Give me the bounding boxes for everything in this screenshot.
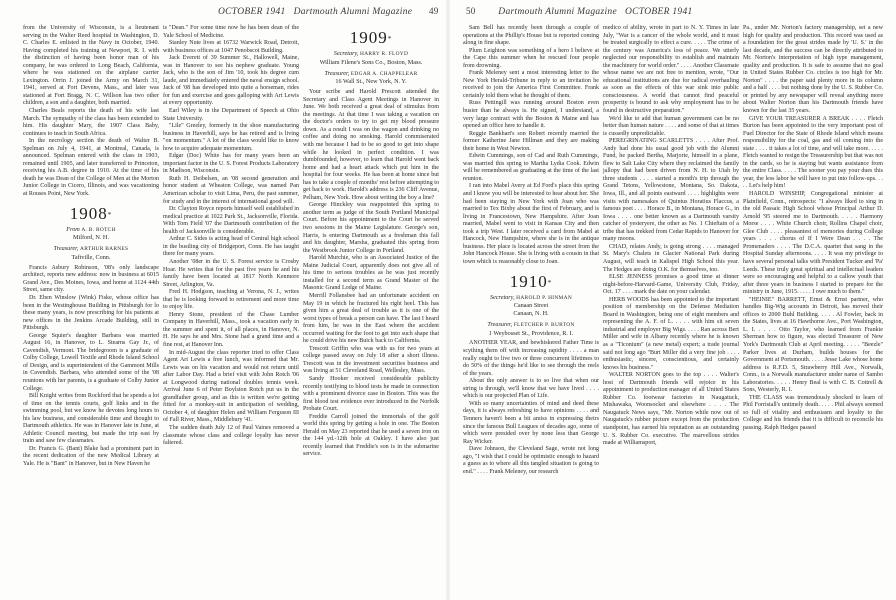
paragraph: Pa., under Mr. Norton's factory managers…	[743, 25, 883, 116]
paragraph: Charles Beals reports the death of his w…	[23, 108, 159, 138]
paragraph: I ran into Mabel Avery at Ed Ford's plac…	[463, 183, 599, 266]
paragraph: GIVE YOUR TREASURER A BREAK . . . . Flet…	[743, 116, 883, 191]
paragraph: PEREGRINATING SCARLETTS . . . . After Pr…	[603, 138, 739, 244]
paragraph: Arthur C. Sides is acting head of Centra…	[163, 236, 299, 259]
paragraph: ANOTHER YEAR, and bewhiskered Father Tim…	[463, 340, 599, 378]
running-head-left: OCTOBER 1941 Dartmouth Alumni Magazine 4…	[218, 6, 439, 17]
paragraph: Edwin Cummings, son of Cad and Ruth Cumm…	[463, 153, 599, 183]
class-year: 1908*	[23, 205, 159, 223]
paragraph: Dr. Clayton Royce reports himself well e…	[163, 206, 299, 236]
class-officer: Treasurer, EDGAR A. CHAPPELEAR 16 Wall S…	[303, 70, 439, 87]
paragraph: "HEINIE" BARRETT, Ernst & Ernst partner,…	[743, 297, 883, 395]
column-left-2: is "Dean." For some time now he has been…	[163, 25, 299, 448]
paragraph: Dave Johnson, the Cleveland Sage, wrote …	[463, 446, 599, 476]
page-number: 50	[466, 6, 476, 16]
paragraph: About the only answer is to so live that…	[463, 378, 599, 401]
class-year: 1909*	[303, 29, 439, 47]
column-right-3: Pa., under Mr. Norton's factory managers…	[743, 25, 883, 433]
paragraph: Jack Everett of 39 Summer St., Hallowell…	[163, 55, 299, 108]
paragraph: Merrill Follansbee had an unfortunate ac…	[303, 293, 439, 346]
paragraph: Another '08er in the U. S. Forest servic…	[163, 259, 299, 289]
paragraph: HERB WOODS has been appointed to the imp…	[603, 297, 739, 372]
paragraph: from the University of Wisconsin, is a l…	[23, 25, 159, 108]
paragraph: Sam Bell has recently been through a cou…	[463, 25, 599, 48]
paragraph: In mid-August the class reporter tried t…	[163, 350, 299, 425]
paragraph: HAROLD WINSHIP, Congregational minister …	[743, 191, 883, 297]
paragraph: WALTER NORTON goes to the top . . . . Wa…	[603, 372, 739, 447]
paragraph: Sandy Hooker received considerable publi…	[303, 376, 439, 414]
class-officer: Secretary, HAROLD P. HINMAN Canaan Stree…	[463, 294, 599, 318]
paragraph: "Lile" Greeley, formerly in the shoe man…	[163, 123, 299, 153]
paragraph: is "Dean." For some time now he has been…	[163, 25, 299, 40]
paragraph: medico of ability, wrote in part to N. Y…	[603, 25, 739, 116]
paragraph: CHAD, relates Andy, is going strong . . …	[603, 244, 739, 274]
class-officer: From A. B. ROTCH Milford, N. H.	[23, 226, 159, 243]
magazine-title: Dartmouth Alumni Magazine	[294, 7, 413, 17]
paragraph: Russ Pettingill was running around Bosto…	[463, 100, 599, 130]
paragraph: George Squier's daughter Barbara was mar…	[23, 333, 159, 393]
running-head-right: 50 Dartmouth Alumni Magazine OCTOBER 194…	[466, 6, 693, 17]
paragraph: The sudden death July 12 of Paul Vaines …	[163, 425, 299, 448]
class-officer: Secretary, HARRY R. FLOYD William Filene…	[303, 50, 439, 67]
magazine-title: Dartmouth Alumni Magazine	[498, 7, 617, 17]
paragraph: We'd like to add that human government c…	[603, 116, 739, 139]
paragraph: Stanley Nute lives at 16732 Warwick Road…	[163, 40, 299, 55]
paragraph: Earl Wiley is in the Department of Speec…	[163, 108, 299, 123]
issue-date: OCTOBER 1941	[625, 7, 693, 17]
class-year: 1910*	[463, 273, 599, 291]
column-right-2: medico of ability, wrote in part to N. Y…	[603, 25, 739, 448]
paragraph: Your scribe and Harold Prescott attended…	[303, 89, 439, 202]
paragraph: Frank Meleney sent a most interesting le…	[463, 70, 599, 100]
class-officer: Treasurer, FLETCHER P. BURTON 1 Weybosse…	[463, 321, 599, 338]
paragraph: Freddie Carroll joined the immortals of …	[303, 414, 439, 459]
paragraph: In the necrology section the death of Wa…	[23, 138, 159, 198]
paragraph: Trescott Griffin who was with us for two…	[303, 346, 439, 376]
paragraph: Fred H. Hodgson, teaching at Verona, N. …	[163, 289, 299, 312]
class-heading-1909: 1909*	[303, 29, 439, 47]
paragraph: Plum Leighton was something of a hero I …	[463, 48, 599, 71]
column-right-1: Sam Bell has recently been through a cou…	[463, 25, 599, 476]
paragraph: Dr. Francis G. (Bant) Blake had a promin…	[23, 446, 159, 469]
paragraph: With so many uncertainties of mind and d…	[463, 401, 599, 446]
column-left-3: 1909* Secretary, HARRY R. FLOYD William …	[303, 25, 439, 459]
paragraph: ELSE JENNESS promises a good time at din…	[603, 274, 739, 297]
page-50: 50 Dartmouth Alumni Magazine OCTOBER 194…	[448, 0, 896, 600]
paragraph: Dr. Eben Winslow (Wink) Fiske, whose off…	[23, 295, 159, 333]
paragraph: THE CLASS was tremendously shocked to le…	[743, 395, 883, 433]
column-left-1: from the University of Wisconsin, is a l…	[23, 25, 159, 469]
paragraph: Harold Murchie, who is an Associated Jus…	[303, 255, 439, 293]
magazine-spread: OCTOBER 1941 Dartmouth Alumni Magazine 4…	[0, 0, 896, 600]
paragraph: Henry Stone, president of the Chase Lumb…	[163, 312, 299, 350]
issue-date: OCTOBER 1941	[218, 7, 286, 17]
paragraph: Francis Asbury Robinson, '08's only land…	[23, 265, 159, 295]
page-49: OCTOBER 1941 Dartmouth Alumni Magazine 4…	[0, 0, 448, 600]
class-heading-1910: 1910*	[463, 273, 599, 291]
page-number: 49	[429, 6, 439, 16]
paragraph: Ruth H. Deibelsen, an '08 second generat…	[163, 176, 299, 206]
class-officer: Treasurer, ARTHUR BARNES Taftville, Conn…	[23, 245, 159, 262]
paragraph: Bill Knight writes from Rockford that he…	[23, 393, 159, 446]
class-heading-1908: 1908*	[23, 205, 159, 223]
paragraph: George Hinckley was reappointed this spr…	[303, 202, 439, 255]
paragraph: Edgar (Doc) White has for many years bee…	[163, 153, 299, 176]
paragraph: Reggie Bankhart's son Robert recently ma…	[463, 131, 599, 154]
